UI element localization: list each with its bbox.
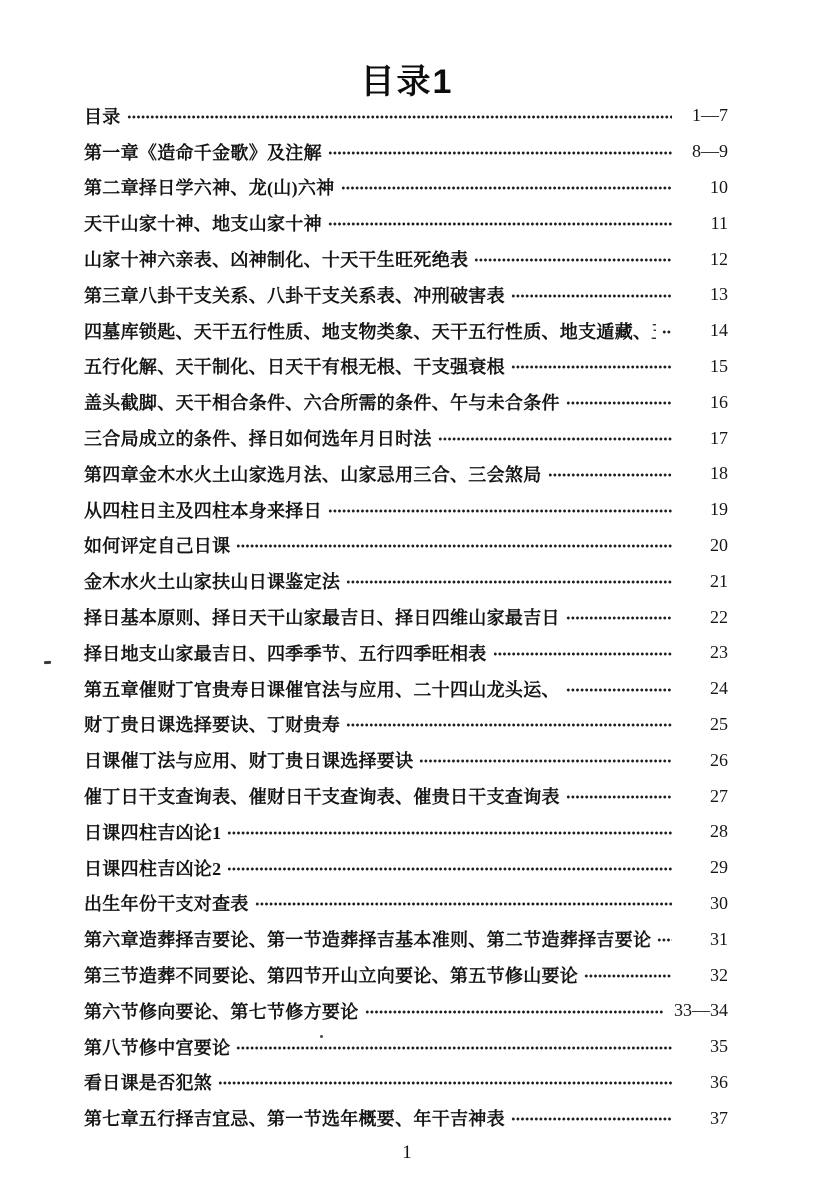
- dotted-leader: [662, 329, 672, 335]
- toc-entry-label: 第四章金木水火土山家选月法、山家忌用三合、三会煞局: [84, 461, 542, 487]
- toc-entry-label: 如何评定自己日课: [84, 532, 230, 558]
- toc-entry-label: 三合局成立的条件、择日如何选年月日时法: [84, 425, 432, 451]
- toc-entry-page: 28: [682, 821, 728, 842]
- toc-entry: 金木水火土山家扶山日课鉴定法21: [84, 563, 728, 599]
- toc-entry-label: 第一章《造命千金歌》及注解: [84, 139, 322, 165]
- toc-entry: 催丁日干支查询表、催财日干支查询表、催贵日干支查询表27: [84, 778, 728, 814]
- toc-entry: 第三章八卦干支关系、八卦干支关系表、冲刑破害表13: [84, 277, 728, 313]
- toc-entry: 日课四柱吉凶论128: [84, 814, 728, 850]
- dotted-leader: [511, 1116, 672, 1122]
- toc-entry-label: 第三节造葬不同要论、第四节开山立向要论、第五节修山要论: [84, 962, 578, 988]
- toc-entry: 财丁贵日课选择要诀、丁财贵寿25: [84, 707, 728, 743]
- toc-entry-page: 30: [682, 893, 728, 914]
- dotted-leader: [328, 221, 672, 227]
- toc-entry: 第二章择日学六神、龙(山)六神10: [84, 170, 728, 206]
- dotted-leader: [328, 150, 672, 156]
- dotted-leader: [511, 293, 672, 299]
- toc-entry-page: 19: [682, 499, 728, 520]
- toc-entry: 第六节修向要论、第七节修方要论33—34: [84, 993, 728, 1029]
- dotted-leader: [346, 579, 672, 585]
- toc-entry: 如何评定自己日课20: [84, 528, 728, 564]
- toc-entry-page: 37: [682, 1108, 728, 1129]
- toc-entry-page: 33—34: [674, 1000, 728, 1021]
- toc-entry-label: 金木水火土山家扶山日课鉴定法: [84, 568, 340, 594]
- dotted-leader: [227, 866, 672, 872]
- document-page: 目录1 目录1—7第一章《造命千金歌》及注解8—9第二章择日学六神、龙(山)六神…: [0, 0, 814, 1194]
- scan-artifact-dash: [44, 661, 51, 664]
- toc-entry-page: 24: [682, 678, 728, 699]
- dotted-leader: [127, 114, 672, 120]
- toc-entry-page: 14: [682, 320, 728, 341]
- toc-entry-page: 31: [682, 929, 728, 950]
- dotted-leader: [236, 543, 672, 549]
- toc-entry: 第三节造葬不同要论、第四节开山立向要论、第五节修山要论32: [84, 957, 728, 993]
- toc-entry: 目录1—7: [84, 98, 728, 134]
- toc-entry-label: 第七章五行择吉宜忌、第一节选年概要、年干吉神表: [84, 1105, 505, 1131]
- toc-entry-label: 第三章八卦干支关系、八卦干支关系表、冲刑破害表: [84, 282, 505, 308]
- toc-entry-label: 择日基本原则、择日天干山家最吉日、择日四维山家最吉日: [84, 604, 560, 630]
- toc-entry-page: 18: [682, 463, 728, 484]
- toc-entry-page: 16: [682, 392, 728, 413]
- toc-entry: 盖头截脚、天干相合条件、六合所需的条件、午与未合条件16: [84, 384, 728, 420]
- toc-entry-page: 12: [682, 249, 728, 270]
- toc-entry-label: 择日地支山家最吉日、四季季节、五行四季旺相表: [84, 640, 487, 666]
- toc-entry: 日课催丁法与应用、财丁贵日课选择要诀26: [84, 742, 728, 778]
- toc-entry: 第一章《造命千金歌》及注解8—9: [84, 134, 728, 170]
- toc-entry: 择日地支山家最吉日、四季季节、五行四季旺相表23: [84, 635, 728, 671]
- toc-entry-page: 36: [682, 1072, 728, 1093]
- toc-entry: 天干山家十神、地支山家十神11: [84, 205, 728, 241]
- toc-entry-label: 从四柱日主及四柱本身来择日: [84, 497, 322, 523]
- toc-entry-label: 山家十神六亲表、凶神制化、十天干生旺死绝表: [84, 246, 468, 272]
- dotted-leader: [566, 794, 672, 800]
- dotted-leader: [341, 185, 673, 191]
- toc-entry-page: 27: [682, 786, 728, 807]
- toc-entry-page: 13: [682, 284, 728, 305]
- dotted-leader: [657, 937, 672, 943]
- dotted-leader: [255, 901, 672, 907]
- toc-entry-page: 22: [682, 607, 728, 628]
- toc-entry-label: 第六节修向要论、第七节修方要论: [84, 998, 359, 1024]
- dotted-leader: [227, 830, 672, 836]
- page-title: 目录1: [0, 54, 814, 103]
- toc-entry-page: 20: [682, 535, 728, 556]
- toc-entry: 第七章五行择吉宜忌、第一节选年概要、年干吉神表37: [84, 1100, 728, 1136]
- toc-entry-page: 23: [682, 642, 728, 663]
- toc-entry-label: 五行化解、天干制化、日天干有根无根、干支强衰根: [84, 353, 505, 379]
- toc-entry-label: 目录: [84, 103, 121, 129]
- dotted-leader: [419, 758, 672, 764]
- toc-entry-label: 日课四柱吉凶论1: [84, 819, 221, 845]
- toc-entry-page: 8—9: [682, 141, 728, 162]
- dotted-leader: [438, 436, 672, 442]
- toc-entry-label: 财丁贵日课选择要诀、丁财贵寿: [84, 711, 340, 737]
- toc-entry-label: 第六章造葬择吉要论、第一节造葬择吉基本准则、第二节造葬择吉要论: [84, 926, 651, 952]
- toc-entry: 四墓库锁匙、天干五行性质、地支物类象、天干五行性质、地支遁藏、五行基底要平衡14: [84, 313, 728, 349]
- dotted-leader: [493, 651, 672, 657]
- toc-entry-label: 出生年份干支对查表: [84, 890, 249, 916]
- toc-entry-page: 29: [682, 857, 728, 878]
- toc-entry: 择日基本原则、择日天干山家最吉日、择日四维山家最吉日22: [84, 599, 728, 635]
- toc-entry-page: 11: [682, 213, 728, 234]
- toc-entry-label: 看日课是否犯煞: [84, 1069, 212, 1095]
- toc-entry-label: 第二章择日学六神、龙(山)六神: [84, 174, 335, 200]
- toc-entry: 第四章金木水火土山家选月法、山家忌用三合、三会煞局18: [84, 456, 728, 492]
- dotted-leader: [548, 472, 673, 478]
- toc-entry-page: 21: [682, 571, 728, 592]
- toc-entry: 山家十神六亲表、凶神制化、十天干生旺死绝表12: [84, 241, 728, 277]
- toc-entry-page: 10: [682, 177, 728, 198]
- toc-entry: 从四柱日主及四柱本身来择日19: [84, 492, 728, 528]
- toc-entry: 第六章造葬择吉要论、第一节造葬择吉基本准则、第二节造葬择吉要论31: [84, 921, 728, 957]
- scan-artifact-speck: [320, 1035, 323, 1038]
- dotted-leader: [474, 257, 672, 263]
- toc-entry-page: 1—7: [682, 105, 728, 126]
- toc-entry-page: 15: [682, 356, 728, 377]
- dotted-leader: [218, 1080, 672, 1086]
- toc-entry: 五行化解、天干制化、日天干有根无根、干支强衰根15: [84, 349, 728, 385]
- toc-entry-label: 盖头截脚、天干相合条件、六合所需的条件、午与未合条件: [84, 389, 560, 415]
- toc-entry-page: 35: [682, 1036, 728, 1057]
- dotted-leader: [511, 364, 672, 370]
- dotted-leader: [566, 615, 672, 621]
- toc-entry: 第八节修中宫要论35: [84, 1029, 728, 1065]
- toc-entry-page: 26: [682, 750, 728, 771]
- dotted-leader: [236, 1045, 672, 1051]
- toc-entry-page: 25: [682, 714, 728, 735]
- toc-entry-label: 四墓库锁匙、天干五行性质、地支物类象、天干五行性质、地支遁藏、五行基底要平衡: [84, 318, 656, 344]
- dotted-leader: [566, 400, 672, 406]
- toc-entry-label: 天干山家十神、地支山家十神: [84, 210, 322, 236]
- dotted-leader: [328, 508, 672, 514]
- toc-entry: 第五章催财丁官贵寿日课催官法与应用、二十四山龙头运、24: [84, 671, 728, 707]
- toc-entry: 三合局成立的条件、择日如何选年月日时法17: [84, 420, 728, 456]
- toc-entry: 日课四柱吉凶论229: [84, 850, 728, 886]
- toc-entry-page: 32: [682, 965, 728, 986]
- toc-entry-page: 17: [682, 428, 728, 449]
- toc-entry-label: 日课四柱吉凶论2: [84, 855, 221, 881]
- toc-entry: 看日课是否犯煞36: [84, 1065, 728, 1101]
- dotted-leader: [346, 722, 672, 728]
- toc-entry: 出生年份干支对查表30: [84, 886, 728, 922]
- page-number: 1: [0, 1142, 814, 1164]
- toc-list: 目录1—7第一章《造命千金歌》及注解8—9第二章择日学六神、龙(山)六神10天干…: [84, 98, 728, 1136]
- dotted-leader: [566, 687, 672, 693]
- dotted-leader: [584, 973, 672, 979]
- toc-entry-label: 第八节修中宫要论: [84, 1034, 230, 1060]
- toc-entry-label: 第五章催财丁官贵寿日课催官法与应用、二十四山龙头运、: [84, 676, 560, 702]
- toc-entry-label: 日课催丁法与应用、财丁贵日课选择要诀: [84, 747, 413, 773]
- dotted-leader: [365, 1009, 665, 1015]
- toc-entry-label: 催丁日干支查询表、催财日干支查询表、催贵日干支查询表: [84, 783, 560, 809]
